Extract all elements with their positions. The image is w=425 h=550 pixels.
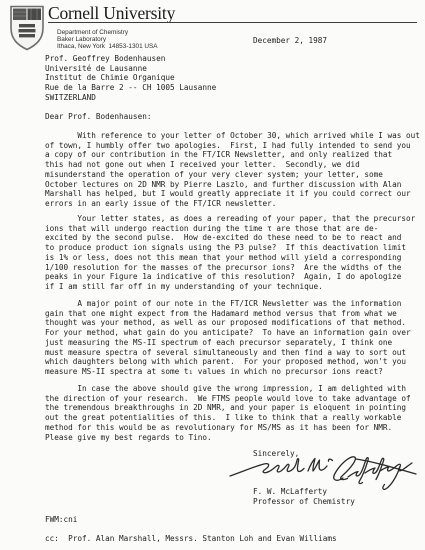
body-paragraph-4: In case the above should give the wrong … — [45, 384, 411, 442]
cc-line: cc: Prof. Alan Marshall, Messrs. Stanton… — [45, 534, 337, 544]
masthead-divider — [48, 22, 417, 24]
cornell-crest-icon — [8, 4, 46, 51]
body-paragraph-2: Your letter states, as does a rereading … — [45, 214, 415, 292]
letter-page: Cornell University Department of Chemist… — [0, 0, 425, 550]
letterhead-city-line: Ithaca, New York 14853-1301 USA — [57, 43, 158, 50]
recipient-address: Prof. Geoffrey Bodenhausen Université de… — [45, 54, 216, 103]
salutation: Dear Prof. Bodenhausen: — [45, 112, 151, 122]
body-paragraph-3: A major point of our note in the FT/ICR … — [45, 299, 411, 377]
handwritten-signature-icon — [228, 453, 418, 491]
department-name: Department of Chemistry — [57, 29, 158, 36]
letterhead-address-block: Department of Chemistry Baker Laboratory… — [57, 29, 158, 51]
building-name: Baker Laboratory — [57, 36, 158, 43]
signature-block: F. W. McLafferty Professor of Chemistry — [253, 487, 355, 506]
letter-date: December 2, 1987 — [253, 36, 327, 46]
typist-reference: FWM:cni — [45, 515, 77, 525]
body-paragraph-1: With reference to your letter of October… — [45, 131, 420, 209]
